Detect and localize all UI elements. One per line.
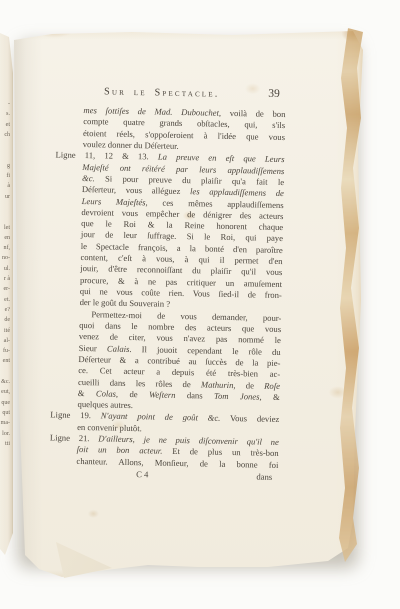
page-header: Sur le Spectacle. 39 [84, 86, 286, 103]
italic-run: Colas [96, 388, 116, 398]
italic-run: Calais [107, 343, 130, 353]
text-run: Déſerteur, vous alléguez [82, 184, 190, 196]
text-run: , de [116, 389, 149, 400]
text-run: voulez donner du Déſerteur. [83, 139, 179, 151]
text-run: Vous deviez [220, 413, 279, 424]
text-run: dans [175, 390, 214, 401]
text-run: & [78, 388, 96, 398]
italic-run: ſoit un bon acteur. [77, 444, 163, 456]
italic-run: La preuve en eſt que Leurs [158, 152, 285, 165]
text-run: Ligne 11, 12 & 13. [55, 150, 158, 162]
signature-mark: C 4 [136, 469, 148, 481]
italic-run: N'ayant point de goût &c. [101, 411, 221, 423]
facing-page-text-fragments: - s. et ch g fi à ur let en nf, no- ul. … [0, 99, 10, 449]
italic-run: &c. [82, 173, 95, 183]
text-run: , de [233, 380, 264, 391]
italic-run: Leurs Majeſtés [82, 195, 146, 206]
italic-run: Weſtern [149, 389, 176, 400]
catchword: dans [256, 472, 272, 484]
text-run: Et de plus un très-bon [162, 446, 278, 458]
italic-run: Tom Jones [214, 390, 260, 401]
printed-text-block: Sur le Spectacle. 39 mes ſottiſes de Mad… [76, 86, 286, 483]
text-run: Ligne 19. [50, 410, 101, 421]
text-run: quelques autres. [77, 399, 133, 410]
book-photo: - s. et ch g fi à ur let en nf, no- ul. … [0, 0, 400, 609]
text-run: cueilli dans les rôles de [78, 376, 201, 388]
text-run: , & [259, 391, 279, 401]
text-run: en convenir plutôt. [77, 422, 142, 433]
italic-run: Mathurin [201, 379, 234, 390]
italic-run: Roſe [264, 380, 280, 390]
text-run: Ligne 21. [50, 432, 99, 443]
text-run: , voilà de bon [219, 108, 286, 119]
page-number: 39 [268, 89, 280, 101]
italic-run: les applaudiſſemens de [190, 186, 284, 198]
text-run: der le goût du Souverain ? [80, 297, 171, 309]
text-run: Sieur [79, 343, 107, 354]
